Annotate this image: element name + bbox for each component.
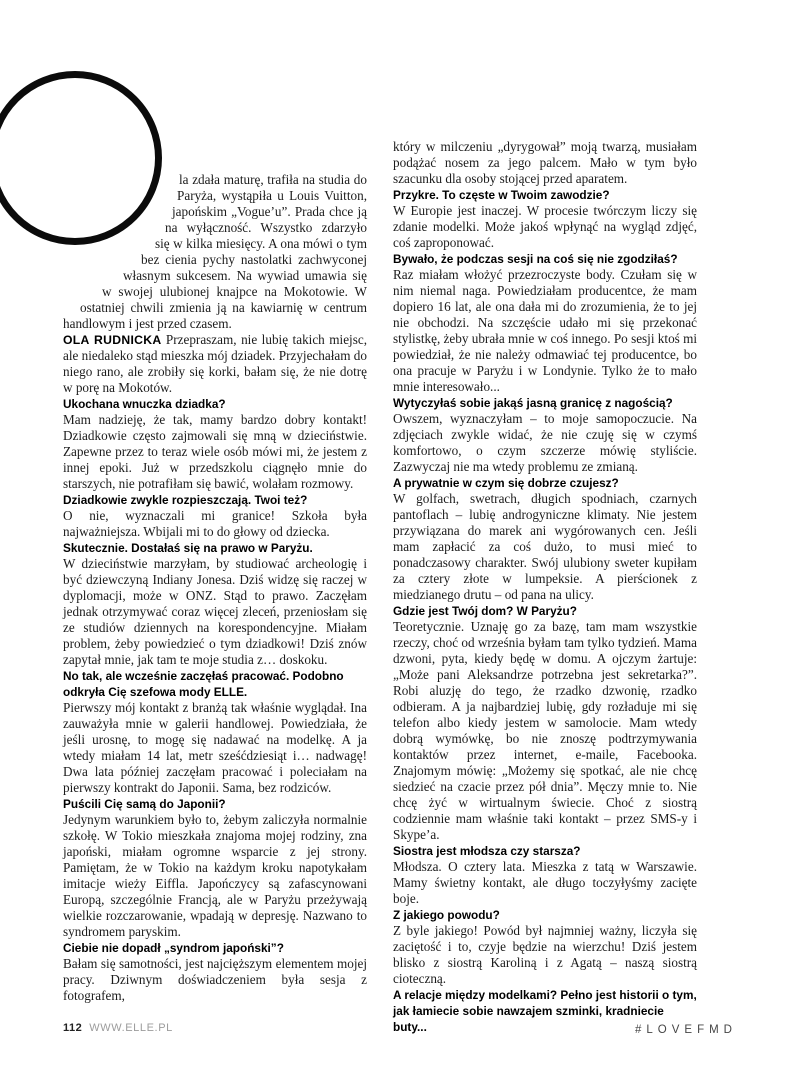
interview-question: Skutecznie. Dostałaś się na prawo w Pary… (63, 540, 367, 556)
hashtag-lovefmd: #LOVEFMD (635, 1024, 737, 1036)
interview-answer: Mam nadzieję, że tak, mamy bardzo dobry … (63, 412, 367, 492)
interview-answer: Raz miałam włożyć przezroczyste body. Cz… (393, 267, 697, 395)
interview-answer: Teoretycznie. Uznaję go za bazę, tam mam… (393, 619, 697, 843)
interview-question: No tak, ale wcześnie zaczęłaś pracować. … (63, 668, 367, 700)
footer-left: 112WWW.ELLE.PL (63, 1022, 173, 1034)
left-column-blocks: OLA RUDNICKA Przepraszam, nie lubię taki… (63, 332, 367, 1004)
intro-paragraph: la zdała maturę, trafiła na studia do Pa… (63, 172, 367, 332)
interview-answer: Owszem, wyznaczyłam – to moje samopoczuc… (393, 411, 697, 475)
interview-answer: W dzieciństwie marzyłam, by studiować ar… (63, 556, 367, 668)
interview-answer: W Europie jest inaczej. W procesie twórc… (393, 203, 697, 251)
interview-answer: Jedynym warunkiem było to, żebym zaliczy… (63, 812, 367, 940)
interview-answer: który w milczeniu „dyrygował” moją twarz… (393, 139, 697, 187)
left-column: la zdała maturę, trafiła na studia do Pa… (63, 172, 367, 1004)
interview-question: Z jakiego powodu? (393, 907, 697, 923)
interview-answer: O nie, wyznaczali mi granice! Szkoła był… (63, 508, 367, 540)
site-url: WWW.ELLE.PL (89, 1022, 173, 1034)
interview-question: Przykre. To częste w Twoim zawodzie? (393, 187, 697, 203)
right-column: który w milczeniu „dyrygował” moją twarz… (393, 139, 697, 1035)
speaker-name: OLA RUDNICKA (63, 333, 166, 347)
right-column-blocks: który w milczeniu „dyrygował” moją twarz… (393, 139, 697, 1035)
interview-question: Gdzie jest Twój dom? W Paryżu? (393, 603, 697, 619)
interview-question: Wytyczyłaś sobie jakąś jasną granicę z n… (393, 395, 697, 411)
interview-answer: OLA RUDNICKA Przepraszam, nie lubię taki… (63, 332, 367, 396)
interview-answer: W golfach, swetrach, długich spodniach, … (393, 491, 697, 603)
interview-question: Bywało, że podczas sesji na coś się nie … (393, 251, 697, 267)
interview-question: Ciebie nie dopadł „syndrom japoński”? (63, 940, 367, 956)
magazine-page: la zdała maturę, trafiła na studia do Pa… (0, 0, 800, 1067)
interview-question: Ukochana wnuczka dziadka? (63, 396, 367, 412)
interview-answer: Młodsza. O cztery lata. Mieszka z tatą w… (393, 859, 697, 907)
interview-answer: Bałam się samotności, jest najcięższym e… (63, 956, 367, 1004)
interview-question: Puścili Cię samą do Japonii? (63, 796, 367, 812)
interview-question: Dziadkowie zwykle rozpieszczają. Twoi te… (63, 492, 367, 508)
interview-question: A prywatnie w czym się dobrze czujesz? (393, 475, 697, 491)
interview-answer: Z byle jakiego! Powód był najmniej ważny… (393, 923, 697, 987)
page-number: 112 (63, 1022, 82, 1034)
interview-question: Siostra jest młodsza czy starsza? (393, 843, 697, 859)
interview-answer: Pierwszy mój kontakt z branżą tak właśni… (63, 700, 367, 796)
